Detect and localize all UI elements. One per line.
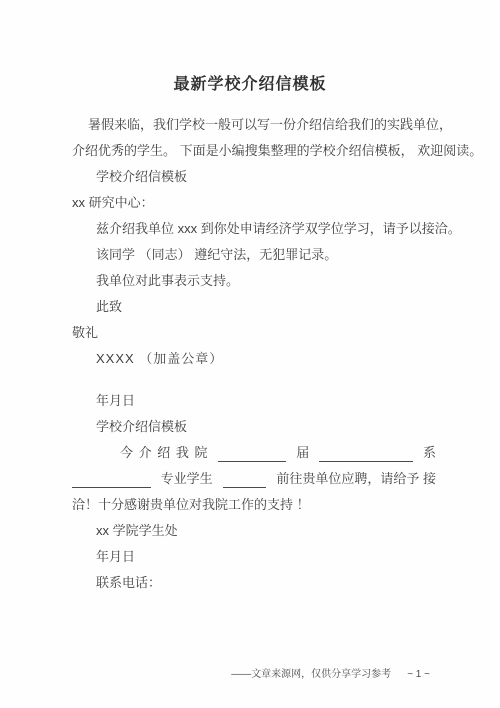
document-page: 最新学校介绍信模板 暑假来临，我们学校一般可以写一份介绍信给我们的实践单位， 介… (0, 0, 500, 708)
form-line1-lead-text: 今 介 绍 我 院 (120, 440, 208, 466)
letter1-closing-cizhi: 此致 (72, 294, 436, 320)
form-line1-mid-text: 届 (296, 440, 309, 466)
letter2-form-line3: 洽！十分感谢贵单位对我院工作的支持 ！ (72, 492, 436, 518)
intro-paragraph-line1: 暑假来临，我们学校一般可以写一份介绍信给我们的实践单位， (72, 112, 436, 138)
letter1-body-line1: 兹介绍我单位 xxx 到你处申请经济学双学位学习，请予以接洽。 (72, 216, 436, 242)
document-title: 最新学校介绍信模板 (0, 71, 500, 91)
letter1-closing-jingli: 敬礼 (72, 320, 436, 346)
letter2-form-line1: 今 介 绍 我 院 届 系 (72, 440, 436, 466)
letter1-body-line3: 我单位对此事表示支持。 (72, 268, 436, 294)
intro-paragraph-line2: 介绍优秀的学生。 下面是小编搜集整理的学校介绍信模板， 欢迎阅读。 (72, 138, 436, 164)
blank-line-student (223, 472, 267, 488)
letter2-form-line2: 专业学生 前往贵单位应聘，请给予 接 (72, 466, 436, 492)
document-body: 暑假来临，我们学校一般可以写一份介绍信给我们的实践单位， 介绍优秀的学生。 下面… (0, 112, 500, 596)
letter1-signature: XXXX （加盖公章） (72, 346, 436, 372)
letter2-contact: 联系电话： (72, 570, 436, 596)
letter1-body-line2: 该同学 （同志） 遵纪守法，无犯罪记录。 (72, 242, 436, 268)
letter2-heading: 学校介绍信模板 (72, 414, 436, 440)
form-line1-end-text: 系 (423, 440, 436, 466)
blank-line-grade (218, 446, 286, 462)
blank-line-major (72, 472, 151, 488)
form-line2-rest-text: 前往贵单位应聘，请给予 接 (276, 466, 436, 492)
page-footer: ——文章来源网，仅供分享学习参考~ 1 ~ (0, 668, 430, 681)
footer-source-text: ——文章来源网，仅供分享学习参考 (231, 669, 391, 680)
letter1-salutation: xx 研究中心： (72, 190, 436, 216)
blank-line-department (319, 446, 413, 462)
letter2-date: 年月日 (72, 544, 436, 570)
letter2-signature: xx 学院学生处 (72, 518, 436, 544)
letter1-date: 年月日 (72, 388, 436, 414)
letter1-heading: 学校介绍信模板 (72, 164, 436, 190)
footer-page-number: ~ 1 ~ (407, 669, 430, 680)
form-line2-major-text: 专业学生 (161, 466, 213, 492)
